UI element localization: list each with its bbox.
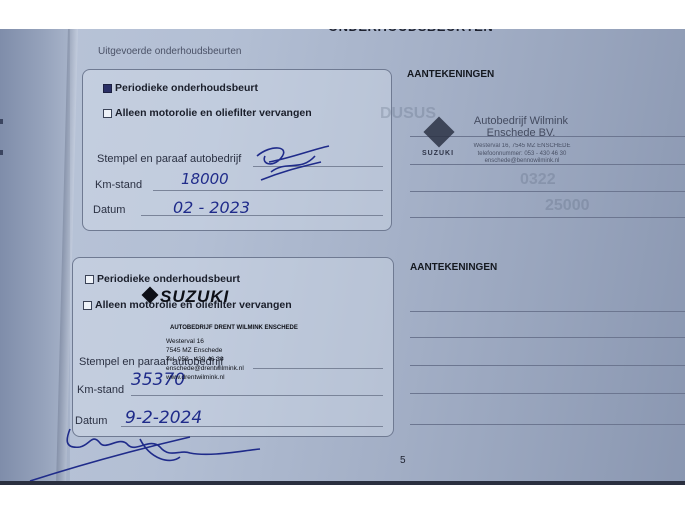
stamp-company: Autobedrijf Wilmink Enschede BV. <box>466 115 576 139</box>
suzuki-logo-icon <box>423 116 454 147</box>
section-label: Uitgevoerde onderhoudsbeurten <box>98 46 241 57</box>
signature-2 <box>20 399 280 484</box>
km-label: Km-stand <box>77 384 124 396</box>
stamp-brand: SUZUKI <box>160 287 229 307</box>
note-line <box>410 337 685 338</box>
book-edge-shadow <box>0 481 685 485</box>
note-line <box>410 191 685 192</box>
option-label: Alleen motorolie en oliefilter vervangen <box>115 107 312 119</box>
km-value: 18000 <box>181 170 229 188</box>
option-oil-only[interactable]: Alleen motorolie en oliefilter vervangen <box>103 107 312 119</box>
checkbox-icon[interactable] <box>83 301 92 310</box>
note-line <box>410 365 685 366</box>
option-label: Periodieke onderhoudsbeurt <box>97 273 240 285</box>
note-line <box>410 217 685 218</box>
checkbox-checked-icon[interactable] <box>103 84 112 93</box>
stamp-label: Stempel en paraaf autobedrijf <box>97 153 241 165</box>
option-label: Periodieke onderhoudsbeurt <box>115 82 258 94</box>
note-line <box>410 311 685 312</box>
page-header-title: ONDERHOUDSBEURTEN <box>328 29 493 34</box>
stamp-brand: SUZUKI <box>422 150 454 157</box>
stamp-company: AUTOBEDRIJF DRENT WILMINK ENSCHEDE <box>170 325 298 331</box>
stamp-address: Westerval 16 7545 MZ Enschede Tel. 053 -… <box>166 337 244 382</box>
notes-title-1: AANTEKENINGEN <box>407 69 494 80</box>
stamp-address: Westerval 16, 7545 MZ ENSCHEDE telefoonn… <box>462 143 582 166</box>
page-number: 5 <box>400 455 406 466</box>
checkbox-icon[interactable] <box>85 275 94 284</box>
left-page-marks <box>0 119 6 181</box>
booklet-photo: ONDERHOUDSBEURTEN Uitgevoerde onderhouds… <box>0 29 685 485</box>
checkbox-icon[interactable] <box>103 109 112 118</box>
option-periodic[interactable]: Periodieke onderhoudsbeurt <box>103 82 258 94</box>
option-periodic[interactable]: Periodieke onderhoudsbeurt <box>85 273 240 285</box>
notes-title-2: AANTEKENINGEN <box>410 262 497 273</box>
date-value: 02 - 2023 <box>173 198 250 217</box>
signature-1 <box>251 142 341 192</box>
km-line <box>131 395 383 396</box>
bleed-through-text: 25000 <box>545 197 590 215</box>
maintenance-entry-1: Periodieke onderhoudsbeurt Alleen motoro… <box>82 69 392 231</box>
dealer-stamp-1: SUZUKI Autobedrijf Wilmink Enschede BV. … <box>422 115 582 175</box>
stamp-line <box>253 368 383 369</box>
note-line <box>410 393 685 394</box>
date-label: Datum <box>93 204 125 216</box>
km-label: Km-stand <box>95 179 142 191</box>
note-line <box>410 424 685 425</box>
